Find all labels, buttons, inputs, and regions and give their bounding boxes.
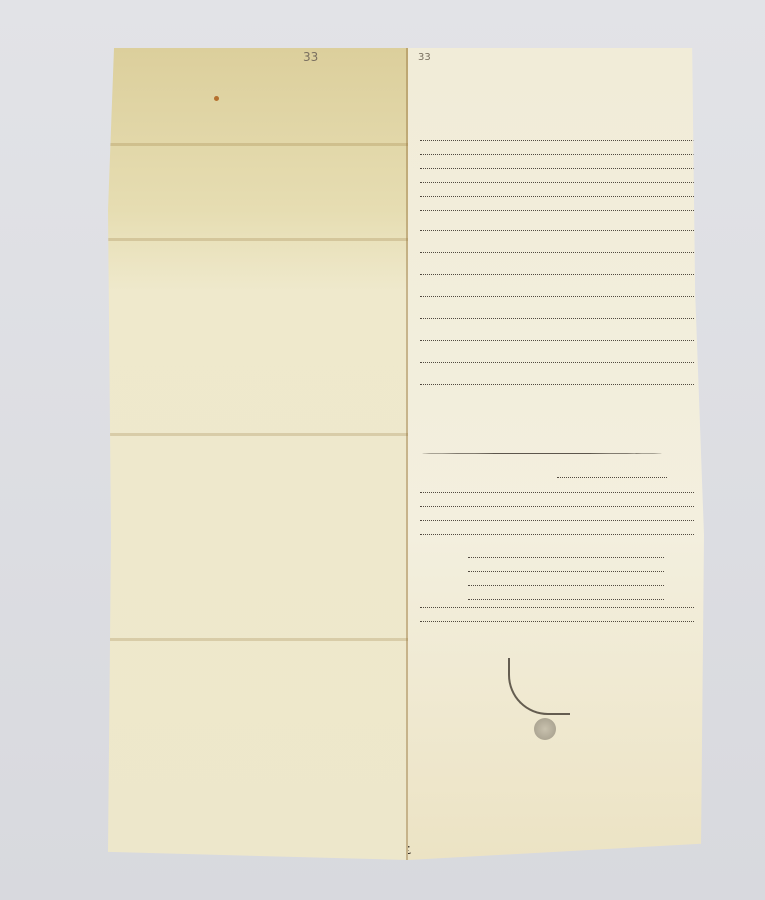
manuscript-sheet: 33 33 ج — [108, 48, 708, 860]
right-page: 33 ج — [408, 48, 704, 860]
left-folio-number: 33 — [303, 50, 318, 64]
left-page: 33 — [108, 48, 408, 860]
sum-grid-1 — [420, 488, 694, 548]
closing-text — [420, 603, 694, 635]
signature — [508, 658, 570, 715]
header-text-block — [420, 136, 694, 224]
right-folio-number: 33 — [418, 52, 431, 63]
seal-stamp — [534, 718, 556, 740]
ledger-entries — [420, 218, 694, 406]
ink-stain — [214, 96, 219, 101]
